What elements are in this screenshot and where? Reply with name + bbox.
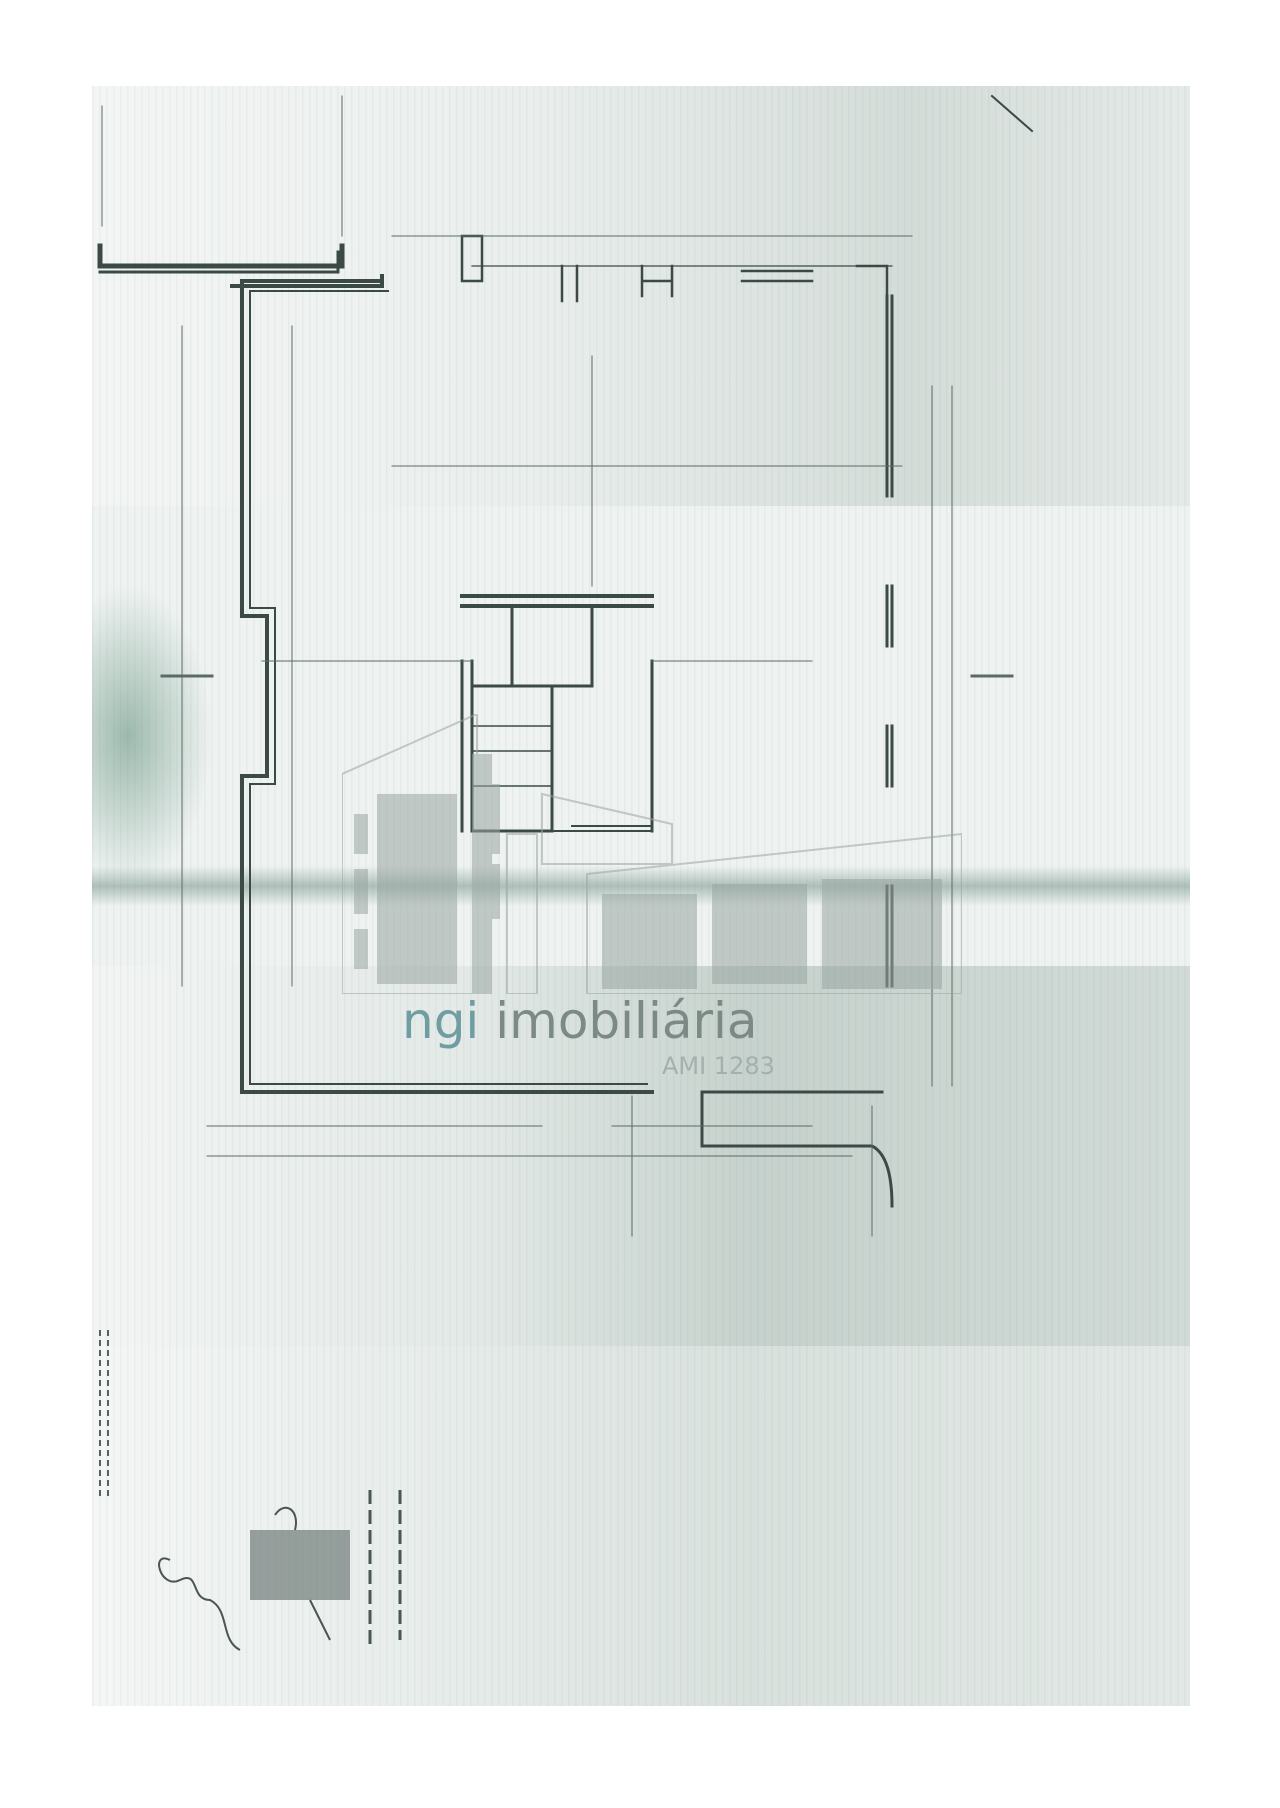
agency-watermark: ngi imobiliária AMI 1283: [342, 714, 962, 1084]
cut-mark: [992, 96, 1032, 131]
scanned-floor-plan: ngi imobiliária AMI 1283: [92, 86, 1190, 1706]
window-openings: [462, 236, 892, 301]
watermark-label: imobiliária: [495, 992, 757, 1050]
watermark-license: AMI 1283: [662, 1052, 775, 1080]
building-logo-icon: [342, 714, 962, 994]
signature-icon: [159, 1558, 240, 1650]
watermark-brand: ngi: [402, 992, 479, 1050]
watermark-name: ngi imobiliária: [402, 992, 758, 1050]
stamp-and-signature: [92, 1300, 440, 1706]
stamp-icon: [250, 1530, 350, 1600]
